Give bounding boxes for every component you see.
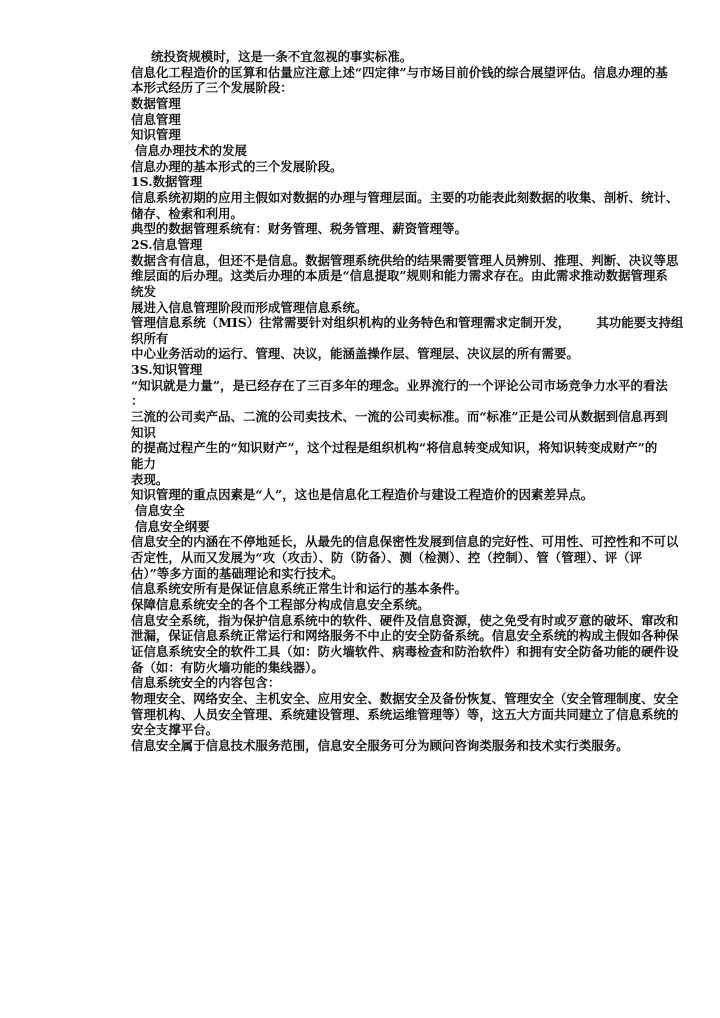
text-line: 表现。 bbox=[131, 472, 671, 488]
text-line: 知识管理 bbox=[131, 127, 671, 143]
text-line: 展进入信息管理阶段而形成管理信息系统。 bbox=[131, 300, 671, 316]
text-line: 的提高过程产生的“知识财产”，这个过程是组织机构“将信息转变成知识，将知识转变成… bbox=[131, 440, 671, 456]
text-line: 估）”等多方面的基础理论和实行技术。 bbox=[131, 566, 671, 582]
text-line: 信息管理 bbox=[131, 112, 671, 128]
text-line: 维层面的后办理。这类后办理的本质是“信息提取”规则和能力需求存在。由此需求推动数… bbox=[131, 268, 671, 284]
text-line: 典型的数据管理系统有：财务管理、税务管理、薪资管理等。 bbox=[131, 221, 671, 237]
text-line: 物理安全、网络安全、主机安全、应用安全、数据安全及备份恢复、管理安全（安全管理制… bbox=[131, 691, 671, 707]
text-line: 信息办理的基本形式的三个发展阶段。 bbox=[131, 159, 671, 175]
text-line: 安全支撑平台。 bbox=[131, 722, 671, 738]
text-line: 统投资规模时，这是一条不宜忽视的事实标准。 bbox=[131, 49, 671, 65]
text-line: 知识管理的重点因素是“人”，这也是信息化工程造价与建设工程造价的因素差异点。 bbox=[131, 487, 671, 503]
document-page: 统投资规模时，这是一条不宜忽视的事实标准。信息化工程造价的匡算和估量应注意上述“… bbox=[131, 49, 671, 754]
text-line: 信息安全的内涵在不停地延长，从最先的信息保密性发展到信息的完好性、可用性、可控性… bbox=[131, 534, 671, 550]
text-line: 信息安全 bbox=[131, 503, 671, 519]
text-line: 泄漏，保证信息系统正常运行和网络服务不中止的安全防备系统。信息安全系统的构成主假… bbox=[131, 628, 671, 644]
text-line: 中心业务活动的运行、管理、决议，能涵盖操作层、管理层、决议层的所有需要。 bbox=[131, 346, 671, 362]
text-line: 管理机构、人员安全管理、系统建设管理、系统运维管理等）等，这五大方面共同建立了信… bbox=[131, 707, 671, 723]
text-line: 信息办理技术的发展 bbox=[131, 143, 671, 159]
text-line: 储存、检索和利用。 bbox=[131, 206, 671, 222]
text-line: 数据含有信息，但还不是信息。数据管理系统供给的结果需要管理人员辨别、推理、判断、… bbox=[131, 253, 671, 269]
text-line: 能力 bbox=[131, 456, 671, 472]
text-line: 3S.知识管理 bbox=[131, 362, 671, 378]
text-line: 三流的公司卖产品、二流的公司卖技术、一流的公司卖标准。而“标准”正是公司从数据到… bbox=[131, 409, 671, 425]
text-line: 1S.数据管理 bbox=[131, 174, 671, 190]
text-line: 统发 bbox=[131, 284, 671, 300]
text-line: 信息化工程造价的匡算和估量应注意上述“四定律”与市场目前价钱的综合展望评估。信息… bbox=[131, 65, 671, 81]
text-line: 信息安全属于信息技术服务范围，信息安全服务可分为顾问咨询类服务和技术实行类服务。 bbox=[131, 738, 671, 754]
text-line: 信息安全系统，指为保护信息系统中的软件、硬件及信息资源，使之免受有时或歹意的破坏… bbox=[131, 613, 671, 629]
text-line: 知识 bbox=[131, 425, 671, 441]
text-line: “知识就是力量”，是已经存在了三百多年的理念。业界流行的一个评论公司市场竞争力水… bbox=[131, 378, 671, 394]
text-line: 2S.信息管理 bbox=[131, 237, 671, 253]
text-line: 证信息系统安全的软件工具（如：防火墙软件、病毒检查和防治软件）和拥有安全防备功能… bbox=[131, 644, 671, 660]
text-line: 信息系统安所有是保证信息系统正常生计和运行的基本条件。 bbox=[131, 581, 671, 597]
text-line: 数据管理 bbox=[131, 96, 671, 112]
text-line: 管理信息系统（MIS）往常需要针对组织机构的业务特色和管理需求定制开发， 其功能… bbox=[131, 315, 671, 331]
text-line: 保障信息系统安全的各个工程部分构成信息安全系统。 bbox=[131, 597, 671, 613]
text-line: 信息系统初期的应用主假如对数据的办理与管理层面。主要的功能表此刻数据的收集、剖析… bbox=[131, 190, 671, 206]
text-line: 否定性，从而又发展为“攻（攻击）、防（防备）、测（检测）、控（控制）、管（管理）… bbox=[131, 550, 671, 566]
text-line: 备（如：有防火墙功能的集线器）。 bbox=[131, 660, 671, 676]
text-line: 本形式经历了三个发展阶段： bbox=[131, 80, 671, 96]
text-line: 信息系统安全的内容包含： bbox=[131, 675, 671, 691]
text-line: 织所有 bbox=[131, 331, 671, 347]
text-line: ： bbox=[131, 393, 671, 409]
text-line: 信息安全纲要 bbox=[131, 519, 671, 535]
